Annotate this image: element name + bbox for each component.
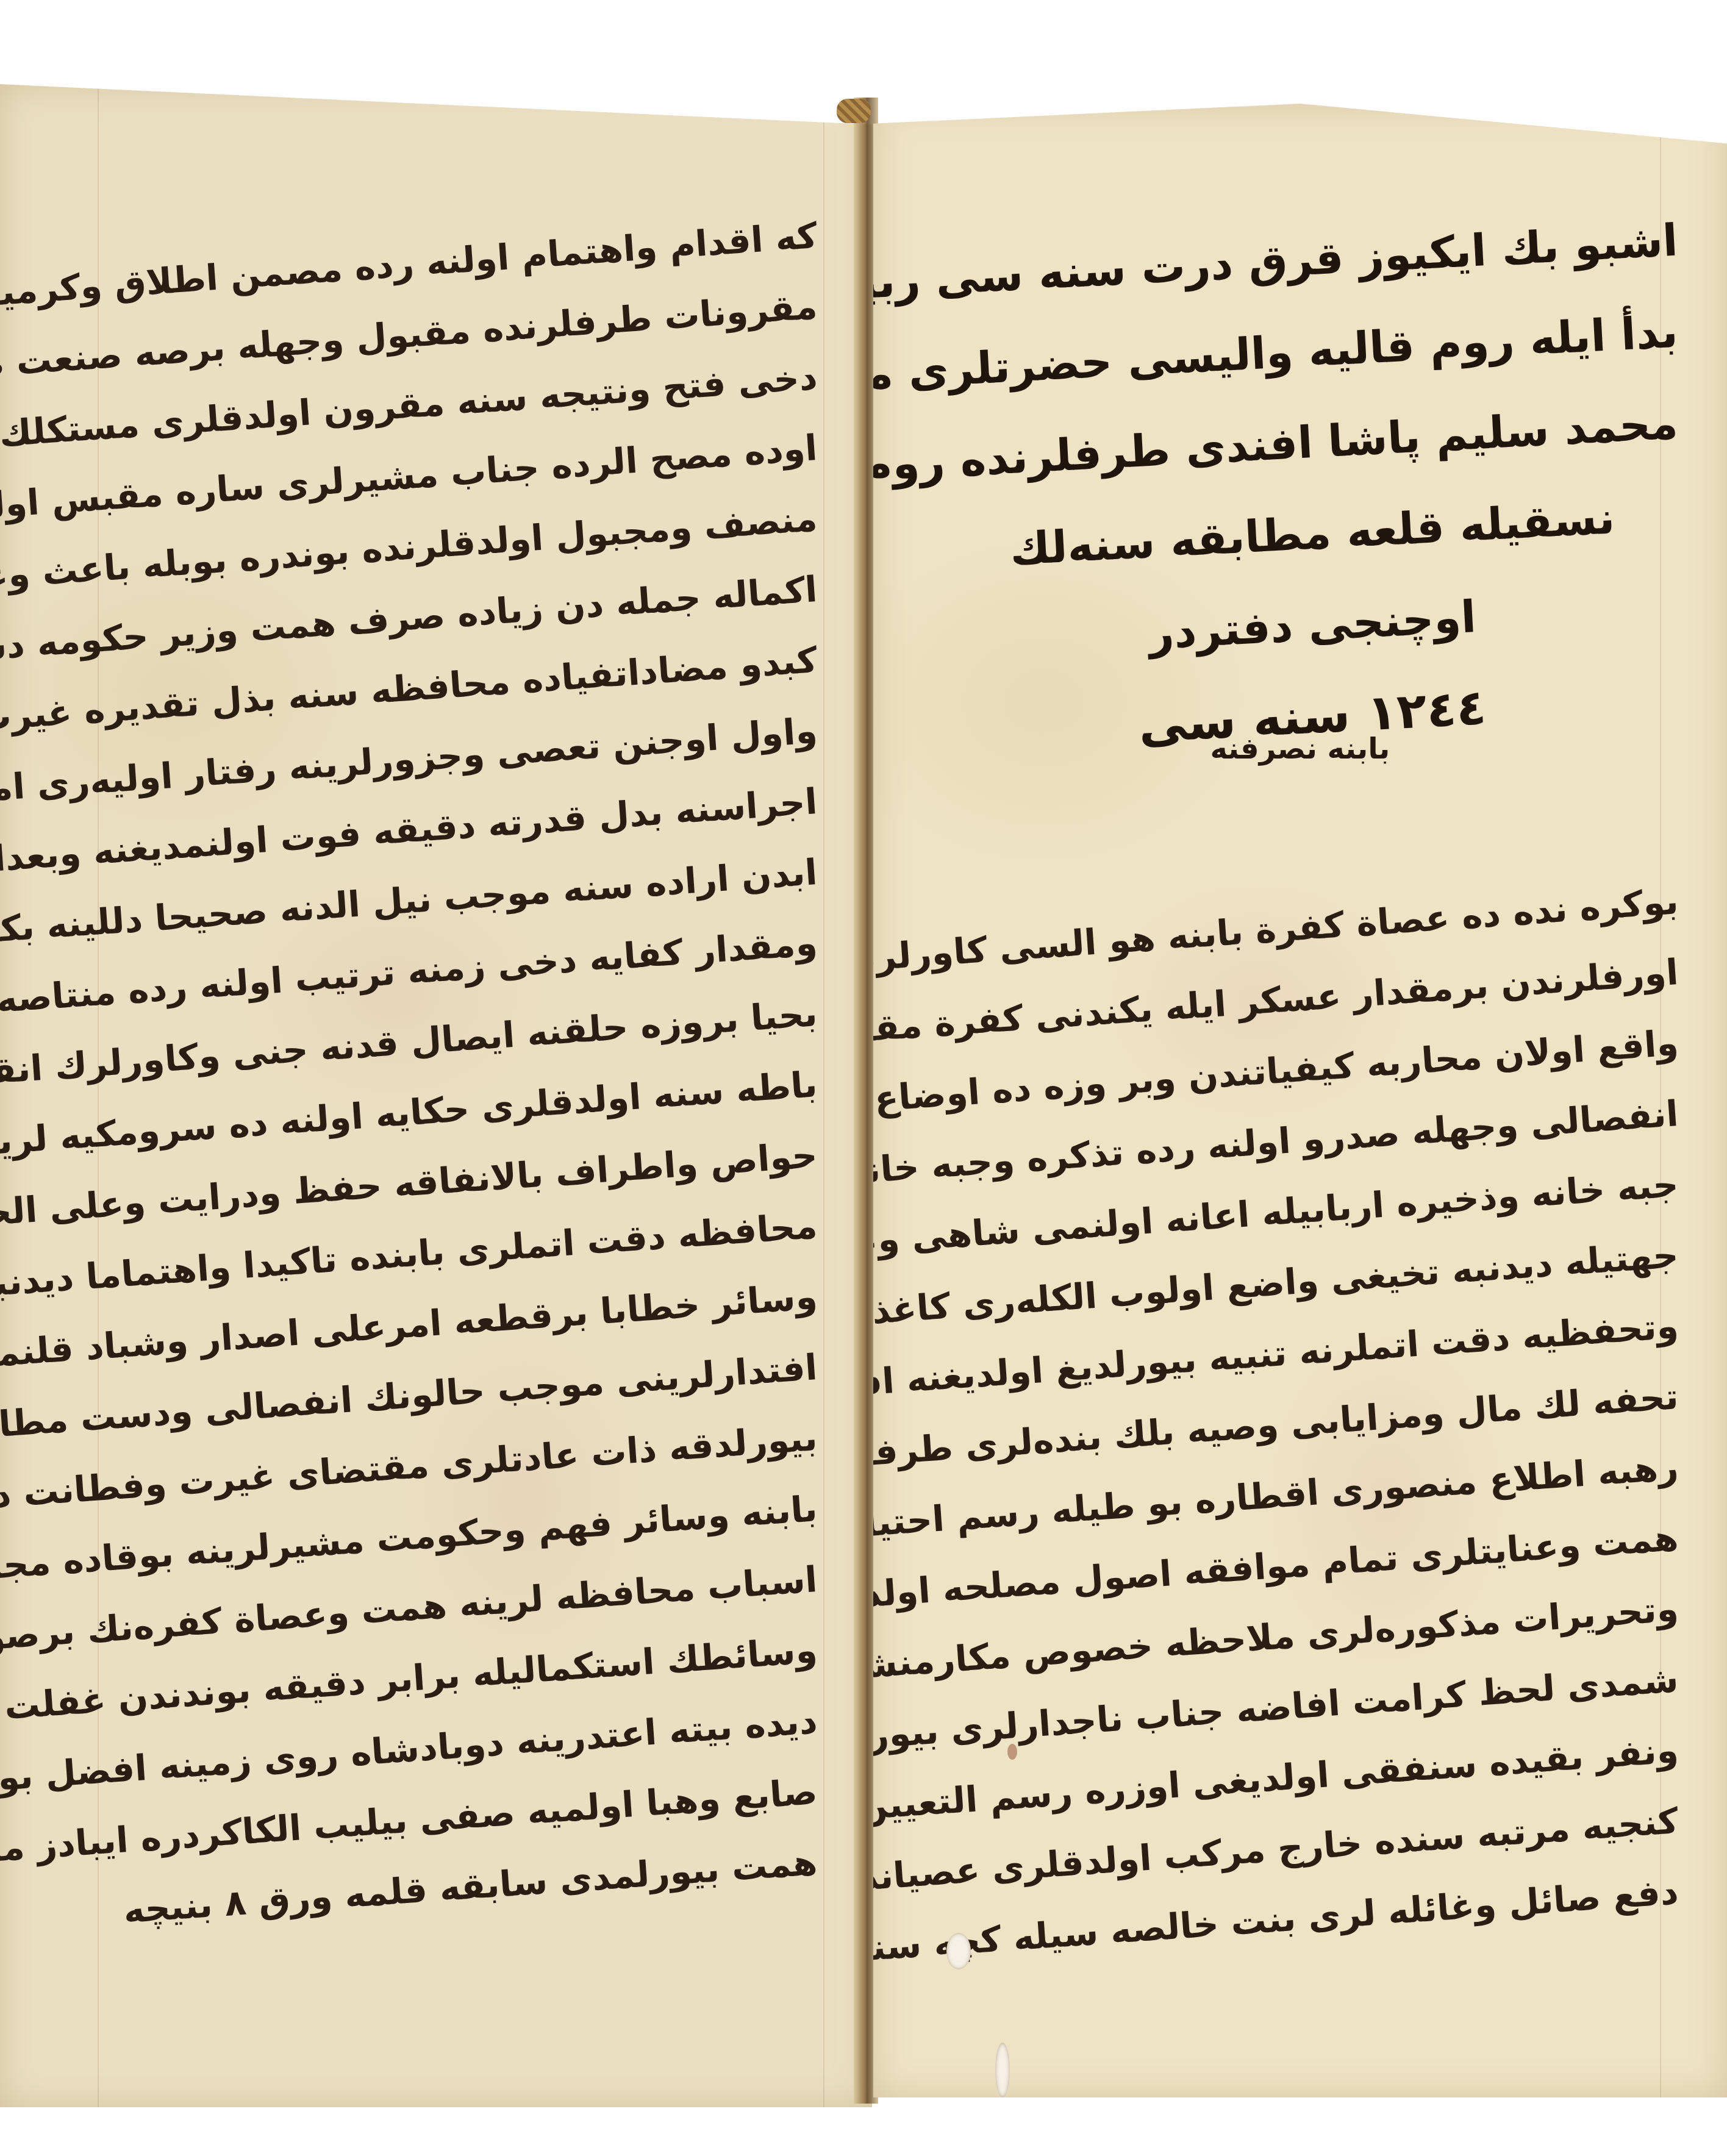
right-page: اشبو بك ایكیوز قرق درت سنه سی ربیع الآخر… (873, 104, 1727, 2097)
left-page-body: كه اقدام واهتمام اولنه رده مصمن اطلاق وك… (98, 200, 817, 1897)
paper-loss (946, 1933, 971, 1969)
margin-ruling-right (823, 84, 824, 2107)
paper-loss (995, 2043, 1010, 2097)
section-subtitle: بابنه نصرفنه (873, 732, 1727, 766)
right-page-body: بوكره نده ده عصاة كفرة بابنه هو السی كاو… (959, 866, 1678, 1927)
title-block: اشبو بك ایكیوز قرق درت سنه سی ربیع الآخر… (946, 213, 1678, 762)
manuscript-spread: كه اقدام واهتمام اولنه رده مصمن اطلاق وك… (0, 0, 1727, 2156)
binding-cord (837, 99, 871, 123)
left-page: كه اقدام واهتمام اولنه رده مصمن اطلاق وك… (0, 84, 872, 2107)
ink-stain (1007, 1744, 1017, 1760)
